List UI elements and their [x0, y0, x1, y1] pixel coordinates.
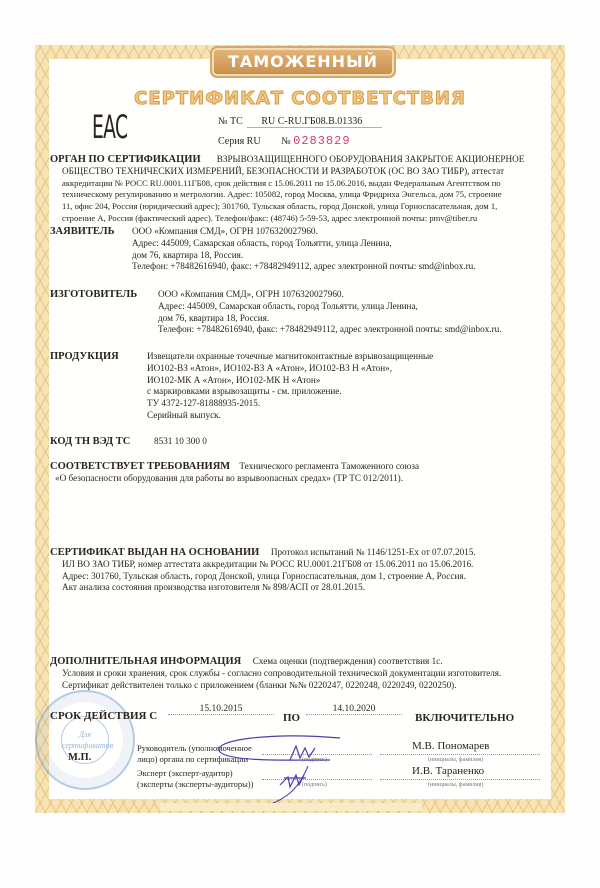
- blank-printer-imprint: [160, 803, 422, 811]
- section-text: Извещатели охранные точечные магнитоконт…: [147, 351, 433, 363]
- validity-to-label: ПО: [283, 712, 300, 724]
- certificate-title: СЕРТИФИКАТ СООТВЕТСТВИЯ: [0, 88, 600, 109]
- basis-section: СЕРТИФИКАТ ВЫДАН НА ОСНОВАНИИ Протокол и…: [50, 547, 555, 594]
- section-label: СЕРТИФИКАТ ВЫДАН НА ОСНОВАНИИ: [50, 547, 259, 558]
- section-label: ОРГАН ПО СЕРТИФИКАЦИИ: [50, 154, 201, 165]
- section-text: 11, офис 204, Россия (юридический адрес)…: [50, 201, 555, 213]
- hs-code-value: 8531 10 300 0: [154, 436, 207, 448]
- section-text: Серийный выпуск.: [50, 410, 555, 422]
- blank-number-label: №: [281, 136, 291, 147]
- section-text: Условия и сроки хранения, срок службы - …: [50, 668, 555, 680]
- section-text: Телефон: +78482616940, факс: +7848294911…: [50, 324, 555, 336]
- section-text: Протокол испытаний № 1146/1251-Ех от 07.…: [271, 547, 476, 557]
- section-text: Технического регламента Таможенного союз…: [239, 461, 419, 471]
- manufacturer-section: ИЗГОТОВИТЕЛЬООО «Компания СМД», ОГРН 107…: [50, 289, 555, 336]
- section-text: с маркировками взрывозащиты - см. прилож…: [50, 386, 555, 398]
- section-text: ВЗРЫВОЗАЩИЩЕННОГО ОБОРУДОВАНИЯ ЗАКРЫТОЕ …: [217, 154, 525, 164]
- customs-union-banner: ТАМОЖЕННЫЙ СОЮЗ: [210, 46, 396, 78]
- section-text: ИО102-ВЗ «Атон», ИО102-ВЗ А «Атон», ИО10…: [50, 363, 555, 375]
- section-text: Акт анализа состояния производства изгот…: [50, 582, 555, 594]
- section-text: Телефон: +78482616940, факс: +7848294911…: [50, 261, 555, 273]
- section-text: Схема оценки (подтверждения) соответстви…: [253, 656, 443, 666]
- applicant-section: ЗАЯВИТЕЛЬООО «Компания СМД», ОГРН 107632…: [50, 226, 555, 273]
- seal-place-label: М.П.: [68, 752, 91, 763]
- section-label: ЗАЯВИТЕЛЬ: [50, 226, 132, 238]
- signature-scribble-icon: [180, 730, 380, 810]
- section-text: ИО102-МК А «Атон», ИО102-МК Н «Атон»: [50, 375, 555, 387]
- expert-name-line: [380, 779, 540, 780]
- additional-info-section: ДОПОЛНИТЕЛЬНАЯ ИНФОРМАЦИЯ Схема оценки (…: [50, 656, 555, 691]
- section-text: Сертификат действителен только с приложе…: [50, 680, 555, 692]
- validity-from-label: СРОК ДЕЙСТВИЯ С: [50, 710, 157, 722]
- section-text: техническому регулированию и метрологии.…: [50, 189, 555, 201]
- tc-number: № ТС RU C-RU.ГБ08.В.01336: [218, 116, 382, 128]
- section-text: аккредитации № РОСС RU.0001.11ГБ08, срок…: [50, 178, 555, 190]
- series-number: Серия RU № 0283829: [218, 134, 351, 148]
- head-name-line: [380, 754, 540, 755]
- section-text: строение А, Россия (фактический адрес). …: [50, 213, 555, 225]
- certification-stamp: Для сертификатов: [35, 690, 135, 790]
- head-name: М.В. Пономарев: [412, 740, 489, 752]
- section-text: Адрес: 445009, Самарская область, город …: [50, 238, 555, 250]
- validity-from-date: 15.10.2015: [168, 704, 274, 715]
- section-text: ТУ 4372-127-81888935-2015.: [50, 398, 555, 410]
- section-label: ПРОДУКЦИЯ: [50, 351, 147, 363]
- section-text: ОБЩЕСТВО ТЕХНИЧЕСКИХ ИЗМЕРЕНИЙ, БЕЗОПАСН…: [50, 166, 555, 178]
- validity-inclusive-label: ВКЛЮЧИТЕЛЬНО: [415, 712, 514, 724]
- tc-number-label: № ТС: [218, 116, 243, 127]
- section-label: ИЗГОТОВИТЕЛЬ: [50, 289, 158, 301]
- section-text: Адрес: 445009, Самарская область, город …: [50, 301, 555, 313]
- name-caption: (инициалы, фамилия): [428, 782, 483, 788]
- section-text: ИЛ ВО ЗАО ТИБР, номер аттестата аккредит…: [50, 559, 555, 571]
- section-label: СООТВЕТСТВУЕТ ТРЕБОВАНИЯМ: [50, 461, 230, 472]
- section-text: дом 76, квартира 18, Россия.: [50, 250, 555, 262]
- series-label: Серия RU: [218, 136, 261, 147]
- section-text: «О безопасности оборудования для работы …: [50, 473, 555, 485]
- tc-number-value: RU C-RU.ГБ08.В.01336: [247, 116, 382, 128]
- product-section: ПРОДУКЦИЯИзвещатели охранные точечные ма…: [50, 351, 555, 422]
- section-text: ООО «Компания СМД», ОГРН 1076320027960.: [158, 289, 344, 301]
- conformity-section: СООТВЕТСТВУЕТ ТРЕБОВАНИЯМ Технического р…: [50, 461, 555, 485]
- eac-logo: EAC: [92, 108, 127, 146]
- section-text: Адрес: 301760, Тульская область, город Д…: [50, 571, 555, 583]
- expert-name: И.В. Тараненко: [412, 765, 484, 777]
- certification-body-section: ОРГАН ПО СЕРТИФИКАЦИИ ВЗРЫВОЗАЩИЩЕННОГО …: [50, 154, 555, 225]
- section-label: ДОПОЛНИТЕЛЬНАЯ ИНФОРМАЦИЯ: [50, 656, 241, 667]
- validity-to-date: 14.10.2020: [306, 704, 402, 715]
- section-text: дом 76, квартира 18, Россия.: [50, 313, 555, 325]
- section-label: КОД ТН ВЭД ТС: [50, 436, 154, 448]
- section-text: ООО «Компания СМД», ОГРН 1076320027960.: [132, 226, 318, 238]
- hs-code-section: КОД ТН ВЭД ТС8531 10 300 0: [50, 436, 555, 448]
- blank-number-value: 0283829: [293, 134, 350, 148]
- name-caption: (инициалы, фамилия): [428, 757, 483, 763]
